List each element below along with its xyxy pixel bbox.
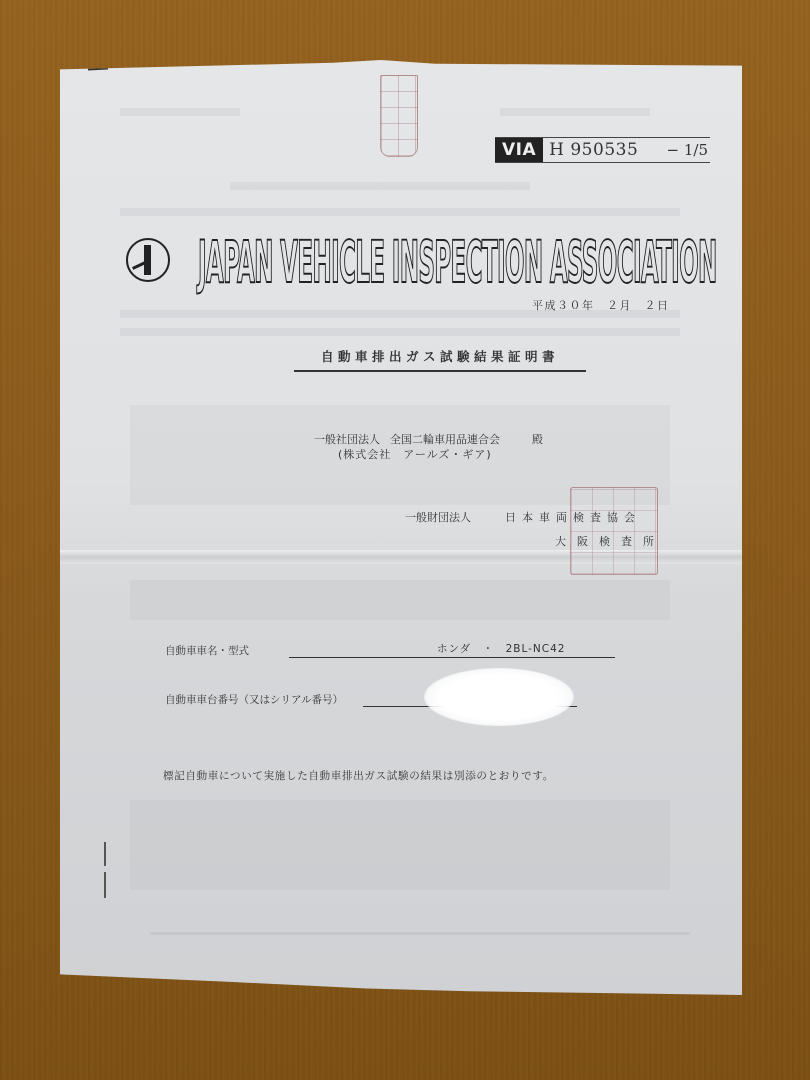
result-statement: 標記自動車について実施した自動車排出ガス試験の結果は別添のとおりです。: [163, 768, 554, 783]
via-badge: VIA: [495, 138, 543, 162]
page-indicator: − 1/5: [667, 141, 710, 159]
issuer-block: 一般財団法人 日本車両検査協会 大阪検査所: [405, 509, 641, 525]
issuer-branch: 大阪検査所: [555, 533, 665, 549]
bleed-through-table: [130, 580, 670, 620]
bleed-through-text: [120, 108, 240, 116]
addressee-company: (株式会社 アールズ・ギア): [314, 447, 543, 462]
addressee-block: 一般社団法人 全国二輪車用品連合会 殿 (株式会社 アールズ・ギア): [314, 432, 543, 462]
organization-title: JAPAN VEHICLE INSPECTION ASSOCIATION: [198, 230, 512, 314]
margin-mark: [104, 842, 106, 866]
bleed-through-text: [120, 208, 680, 216]
field-label: 自動車車台番号（又はシリアル番号）: [165, 692, 343, 707]
addressee-org-name: 全国二輪車用品連合会: [390, 432, 500, 447]
stamp-seal-top: [380, 75, 418, 157]
via-number-box: VIA H 950535 − 1/5: [495, 137, 710, 163]
certificate-paper: VIA H 950535 − 1/5 JAPAN VEHICLE INSPECT…: [60, 60, 742, 995]
vehicle-model-value: ホンダ ・ 2BL-NC42: [437, 641, 565, 656]
addressee-org-type: 一般社団法人: [314, 432, 380, 447]
jvia-logo-icon: [126, 238, 170, 282]
addressee-honorific: 殿: [532, 432, 543, 447]
bleed-through-text: [230, 182, 530, 190]
official-seal: [570, 487, 658, 575]
issuer-org-name: 日本車両検査協会: [505, 509, 641, 525]
bleed-through-line: [150, 932, 690, 935]
redaction-blur: [424, 668, 574, 726]
certificate-number: H 950535: [549, 140, 638, 160]
corner-mark: [88, 67, 108, 70]
bleed-through-table: [130, 800, 670, 890]
field-label: 自動車車名・型式: [165, 643, 249, 658]
bleed-through-text: [500, 108, 650, 116]
document-title: 自動車排出ガス試験結果証明書: [294, 347, 586, 372]
issuer-org-type: 一般財団法人: [405, 509, 471, 525]
margin-mark: [104, 872, 106, 898]
bleed-through-text: [120, 328, 680, 336]
vehicle-model-field: 自動車車名・型式 ホンダ ・ 2BL-NC42: [165, 643, 615, 658]
issue-date: 平成３０年 ２月 ２日: [532, 297, 670, 313]
